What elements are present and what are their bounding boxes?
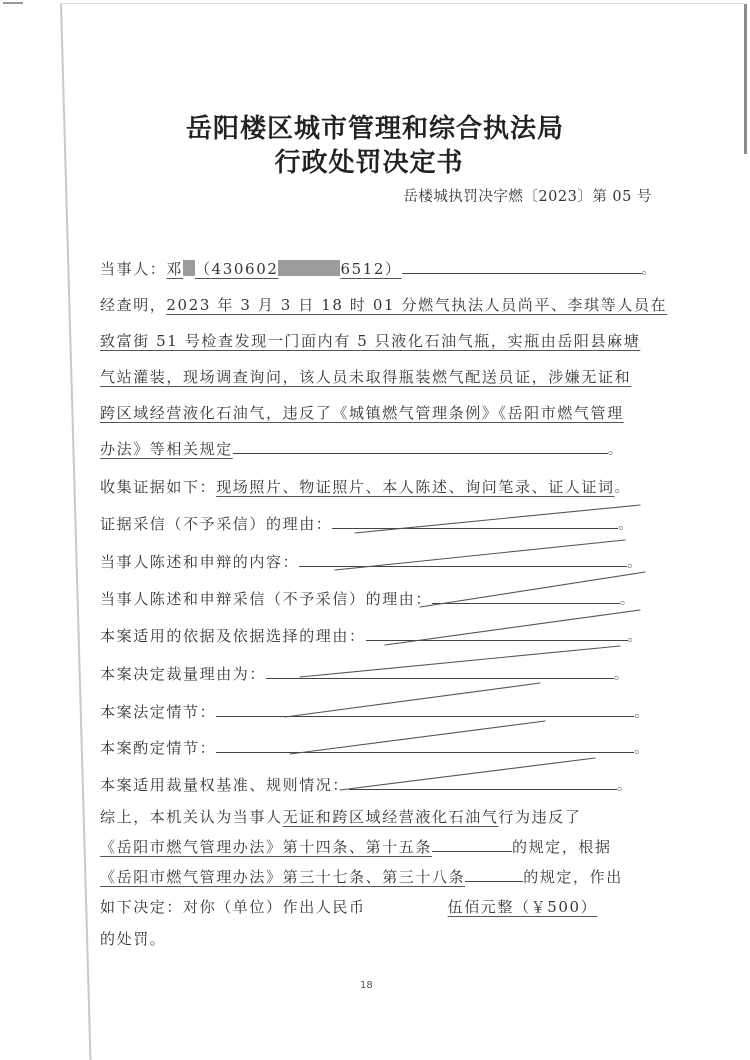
facts-text: 2023 年 3 月 3 日 18 时 01 分燃气执法人员尚平、李琪等人员在 [166,296,667,314]
conclusion-violates: 行为违反了 [498,808,581,826]
facts-text: 致富街 51 号检查发现一门面内有 5 只液化石油气瓶，实瓶由岳阳县麻塘 [100,332,640,350]
field-discretion-reason: 本案决定裁量理由为：。 [100,663,630,684]
period: 。 [617,778,633,794]
blank-underline [432,839,512,852]
blank-underline [402,261,642,274]
field-statement-reason: 当事人陈述和申辩采信（不予采信）的理由：。 [100,588,636,609]
facts-line-1: 经查明，2023 年 3 月 3 日 18 时 01 分燃气执法人员尚平、李琪等… [100,294,667,315]
period: 。 [614,667,630,683]
facts-line-3: 气站灌装，现场调查询问，该人员未取得瓶装燃气配送员证，涉嫌无证和 [100,366,631,387]
document-type-title: 行政处罚决定书 [0,142,744,179]
blank-underline [332,516,618,529]
field-label: 证据采信（不予采信）的理由： [100,515,332,533]
field-party-statement: 当事人陈述和申辩的内容：。 [100,551,643,572]
field-discretionary-circumstances: 本案酌定情节：。 [100,737,650,758]
facts-line-5: 办法》等相关规定。 [100,438,623,459]
field-label: 本案酌定情节： [100,739,216,757]
decision-text: 如下决定：对你（单位）作出人民币 [100,898,366,916]
basis-law: 《岳阳市燃气管理办法》第三十七条、第三十八条 [100,868,465,886]
field-label: 本案适用的依据及依据选择的理由： [100,627,366,645]
field-label: 本案决定裁量理由为： [100,665,266,683]
party-label: 当事人： [100,260,166,278]
violated-law: 《岳阳市燃气管理办法》第十四条、第十五条 [100,838,432,856]
party-value: 邓（4306026512） [166,260,401,278]
conclusion-line-1: 综上，本机关认为当事人无证和跨区域经营液化石油气行为违反了 [100,806,581,827]
blank-underline [266,666,614,679]
conclusion-intro: 综上，本机关认为当事人 [100,808,283,826]
page-number: 18 [360,980,373,991]
period: 。 [634,741,650,757]
period: 。 [627,555,643,571]
blank-underline [349,777,617,790]
facts-line-4: 跨区域经营液化石油气，违反了《城镇燃气管理条例》《岳阳市燃气管理 [100,402,624,423]
field-label: 本案法定情节： [100,703,216,721]
period: 。 [608,442,624,458]
facts-text: 气站灌装，现场调查询问，该人员未取得瓶装燃气配送员证，涉嫌无证和 [100,368,631,386]
blank-underline [233,441,608,454]
redaction-block [183,260,195,276]
conclusion-line-5: 的处罚。 [100,928,166,949]
period: 。 [615,480,631,496]
page-edge-top [60,3,744,4]
blank-underline [216,740,634,753]
field-label: 当事人陈述和申辩采信（不予采信）的理由： [100,590,432,608]
period: 。 [628,629,644,645]
period: 。 [634,705,650,721]
field-discretion-standard: 本案适用裁量权基准、规则情况：。 [100,774,633,795]
document-number: 岳楼城执罚决字燃〔2023〕第 05 号 [403,185,652,206]
violation-behavior: 无证和跨区域经营液化石油气 [283,808,499,826]
blank-underline [465,869,523,882]
field-label: 本案适用裁量权基准、规则情况： [100,776,349,794]
conclusion-text: 的规定，作出 [523,868,623,886]
party-id-prefix: （430602 [195,260,278,278]
facts-text: 跨区域经营液化石油气，违反了《城镇燃气管理条例》《岳阳市燃气管理 [100,404,624,422]
field-evidence-reason: 证据采信（不予采信）的理由：。 [100,513,634,534]
field-legal-basis: 本案适用的依据及依据选择的理由：。 [100,625,643,646]
period: 。 [618,517,634,533]
field-statutory-circumstances: 本案法定情节：。 [100,701,650,722]
blank-underline [366,628,628,641]
party-id-suffix: 6512） [340,260,401,278]
facts-label: 经查明， [100,296,166,314]
conclusion-text: 的规定，根据 [512,838,612,856]
field-label: 当事人陈述和申辩的内容： [100,553,299,571]
facts-text: 办法》等相关规定 [100,440,233,458]
agency-title: 岳阳楼区城市管理和综合执法局 [0,108,750,145]
closing-text: 的处罚。 [100,930,166,948]
blank-underline [432,591,620,604]
blank-underline [216,704,634,717]
party-name: 邓 [166,260,183,278]
period: 。 [642,262,658,278]
conclusion-line-4: 如下决定：对你（单位）作出人民币伍佰元整（￥500） [100,896,597,917]
evidence-label: 收集证据如下： [100,478,216,496]
evidence-line: 收集证据如下：现场照片、物证照片、本人陈述、询问笔录、证人证词。 [100,476,630,497]
blank-underline [299,554,627,567]
scan-corner-mark [3,2,23,4]
penalty-field: 伍佰元整（￥500） [366,898,598,916]
redaction-block [278,260,340,276]
party-line: 当事人：邓（4306026512）。 [100,258,657,279]
evidence-value: 现场照片、物证照片、本人陈述、询问笔录、证人证词 [216,478,614,496]
penalty-amount: 伍佰元整（￥500） [448,898,598,916]
conclusion-line-2: 《岳阳市燃气管理办法》第十四条、第十五条的规定，根据 [100,836,612,857]
conclusion-line-3: 《岳阳市燃气管理办法》第三十七条、第三十八条的规定，作出 [100,866,623,887]
facts-line-2: 致富街 51 号检查发现一门面内有 5 只液化石油气瓶，实瓶由岳阳县麻塘 [100,330,640,351]
period: 。 [620,592,636,608]
